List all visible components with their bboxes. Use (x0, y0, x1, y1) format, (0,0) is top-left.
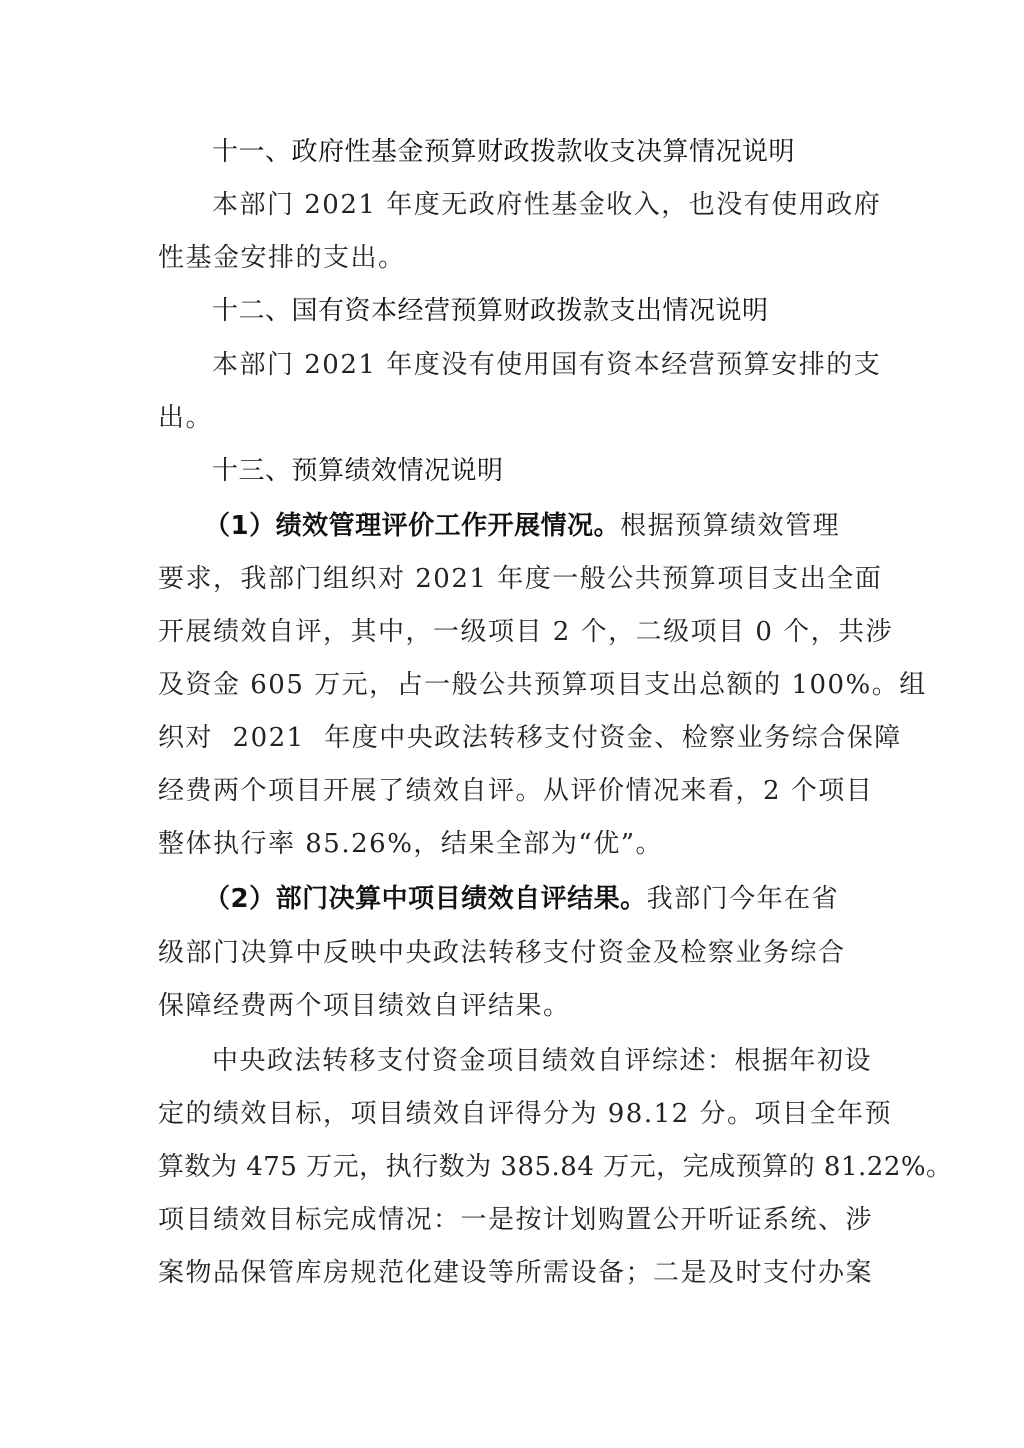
body-line: 案物品保管库房规范化建设等所需设备；二是及时支付办案 (158, 1257, 870, 1289)
paragraph-2-lead: （2）部门决算中项目绩效自评结果。 (204, 884, 647, 914)
body-line: 定的绩效目标，项目绩效自评得分为 98.12 分。项目全年预 (158, 1098, 870, 1130)
body-line: 算数为 475 万元，执行数为 385.84 万元，完成预算的 81.22%。 (158, 1151, 870, 1183)
paragraph-2-rest: 我部门今年在省 (647, 884, 840, 914)
body-line: 出。 (158, 402, 870, 434)
body-line: 整体执行率 85.26%，结果全部为“优”。 (158, 828, 870, 860)
paragraph-3-first-line: 中央政法转移支付资金项目绩效自评综述：根据年初设 (212, 1045, 924, 1077)
body-line: 要求，我部门组织对 2021 年度一般公共预算项目支出全面 (158, 563, 870, 595)
body-line: 及资金 605 万元，占一般公共预算项目支出总额的 100%。组 (158, 669, 870, 701)
paragraph-1-first-line: （1）绩效管理评价工作开展情况。根据预算绩效管理 (204, 510, 916, 542)
paragraph-2-first-line: （2）部门决算中项目绩效自评结果。我部门今年在省 (204, 883, 916, 915)
body-line: 开展绩效自评，其中，一级项目 2 个，二级项目 0 个，共涉 (158, 616, 870, 648)
body-line: 经费两个项目开展了绩效自评。从评价情况来看，2 个项目 (158, 775, 870, 807)
body-line: 性基金安排的支出。 (158, 242, 870, 274)
paragraph-1-lead: （1）绩效管理评价工作开展情况。 (204, 511, 620, 541)
section-heading-11: 十一、政府性基金预算财政拨款收支决算情况说明 (212, 136, 924, 168)
body-line: 织对 2021 年度中央政法转移支付资金、检察业务综合保障 (158, 722, 870, 754)
section-heading-12: 十二、国有资本经营预算财政拨款支出情况说明 (212, 295, 924, 327)
document-page: 十一、政府性基金预算财政拨款收支决算情况说明 本部门 2021 年度无政府性基金… (0, 0, 1024, 1448)
body-line: 保障经费两个项目绩效自评结果。 (158, 990, 870, 1022)
paragraph-1-rest: 根据预算绩效管理 (620, 511, 840, 541)
body-line: 本部门 2021 年度无政府性基金收入，也没有使用政府 (212, 189, 924, 221)
body-line: 项目绩效目标完成情况：一是按计划购置公开听证系统、涉 (158, 1204, 870, 1236)
section-heading-13: 十三、预算绩效情况说明 (212, 455, 924, 487)
body-line: 级部门决算中反映中央政法转移支付资金及检察业务综合 (158, 937, 870, 969)
body-line: 本部门 2021 年度没有使用国有资本经营预算安排的支 (212, 349, 924, 381)
